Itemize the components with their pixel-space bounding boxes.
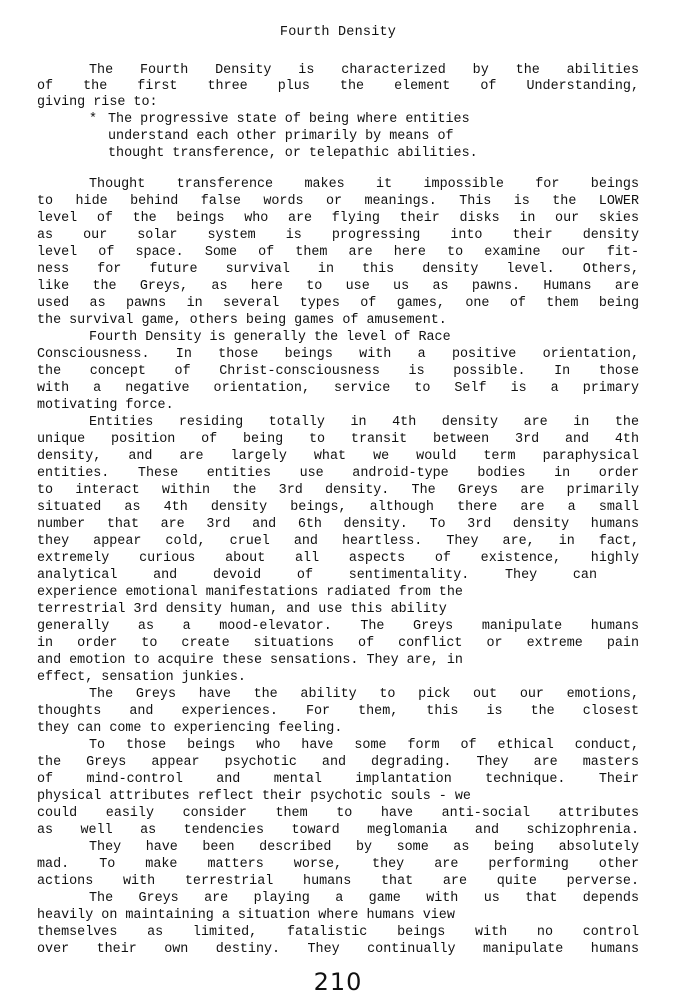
paragraph-line: Thought transference makes it impossible… (89, 177, 639, 193)
paragraph-line: They have been described by some as bein… (89, 840, 639, 856)
paragraph-line: they appear cold, cruel and heartless. T… (37, 534, 639, 550)
paragraph-line: heavily on maintaining a situation where… (37, 908, 639, 924)
paragraph-line: Consciousness. In those beings with a po… (37, 347, 639, 363)
paragraph-line: giving rise to: (37, 95, 639, 111)
paragraph-line: number that are 3rd and 6th density. To … (37, 517, 639, 533)
paragraph-line: To those beings who have some form of et… (89, 738, 639, 754)
paragraph-line: experience emotional manifestations radi… (37, 585, 639, 601)
paragraph-line: Fourth Density is generally the level of… (89, 330, 639, 346)
bullet-line: thought transference, or telepathic abil… (108, 146, 568, 162)
paragraph-line: they can come to experiencing feeling. (37, 721, 639, 737)
paragraph-line: The Greys are playing a game with us tha… (89, 891, 639, 907)
paragraph-line: to hide behind false words or meanings. … (37, 194, 639, 210)
document-page: Fourth Density The Fourth Density is cha… (0, 0, 676, 1008)
paragraph-line: analytical and devoid of sentimentality.… (37, 568, 597, 584)
paragraph-line: motivating force. (37, 398, 639, 414)
paragraph-line: the survival game, others being games of… (37, 313, 639, 329)
paragraph-line: as well as tendencies toward meglomania … (37, 823, 639, 839)
page-number: 210 (0, 968, 676, 996)
paragraph-line: the Greys appear psychotic and degrading… (37, 755, 639, 771)
paragraph-line: themselves as limited, fatalistic beings… (37, 925, 639, 941)
paragraph-line: thoughts and experiences. For them, this… (37, 704, 639, 720)
paragraph-line: in order to create situations of conflic… (37, 636, 639, 652)
paragraph-line: physical attributes reflect their psycho… (37, 789, 639, 805)
paragraph-line: The Fourth Density is characterized by t… (89, 63, 639, 79)
paragraph-line: of the first three plus the element of U… (37, 79, 639, 95)
bullet-marker: * (89, 112, 109, 128)
paragraph-line: terrestrial 3rd density human, and use t… (37, 602, 639, 618)
paragraph-line: actions with terrestrial humans that are… (37, 874, 639, 890)
paragraph-line: level of the beings who are flying their… (37, 211, 639, 227)
paragraph-line: Entities residing totally in 4th density… (89, 415, 639, 431)
paragraph-line: as our solar system is progressing into … (37, 228, 639, 244)
paragraph-line: generally as a mood-elevator. The Greys … (37, 619, 639, 635)
page-title: Fourth Density (0, 25, 676, 40)
paragraph-line: used as pawns in several types of games,… (37, 296, 639, 312)
paragraph-line: extremely curious about all aspects of e… (37, 551, 639, 567)
bullet-line: The progressive state of being where ent… (108, 112, 568, 128)
paragraph-line: level of space. Some of them are here to… (37, 245, 639, 261)
paragraph-line: with a negative orientation, service to … (37, 381, 639, 397)
paragraph-line: situated as 4th density beings, although… (37, 500, 639, 516)
paragraph-line: mad. To make matters worse, they are per… (37, 857, 639, 873)
paragraph-line: density, and are largely what we would t… (37, 449, 639, 465)
paragraph-line: entities. These entities use android-typ… (37, 466, 639, 482)
paragraph-line: could easily consider them to have anti-… (37, 806, 639, 822)
paragraph-line: over their own destiny. They continually… (37, 942, 639, 958)
paragraph-line: like the Greys, as here to use us as paw… (37, 279, 639, 295)
paragraph-line: ness for future survival in this density… (37, 262, 639, 278)
paragraph-line: of mind-control and mental implantation … (37, 772, 639, 788)
paragraph-line: to interact within the 3rd density. The … (37, 483, 639, 499)
paragraph-line: and emotion to acquire these sensations.… (37, 653, 639, 669)
paragraph-line: unique position of being to transit betw… (37, 432, 639, 448)
paragraph-line: The Greys have the ability to pick out o… (89, 687, 639, 703)
paragraph-line: the concept of Christ-consciousness is p… (37, 364, 639, 380)
paragraph-line: effect, sensation junkies. (37, 670, 639, 686)
bullet-line: understand each other primarily by means… (108, 129, 568, 145)
